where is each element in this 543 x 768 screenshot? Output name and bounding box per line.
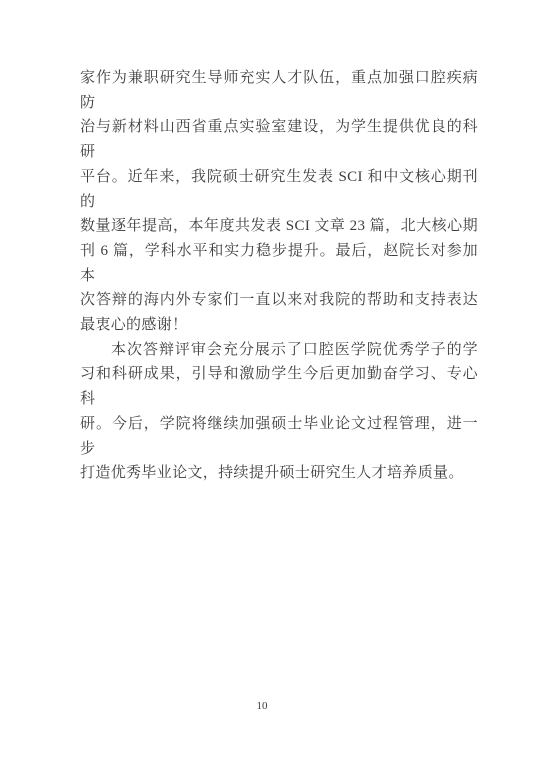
- text-line: 刊 6 篇，学科水平和实力稳步提升。最后，赵院长对参加本: [80, 239, 478, 288]
- text-line: 家作为兼职研究生导师充实人才队伍，重点加强口腔疾病防: [80, 66, 478, 115]
- page-number: 10: [0, 700, 524, 712]
- text-line: 平台。近年来，我院硕士研究生发表 SCI 和中文核心期刊的: [80, 165, 478, 214]
- text-line: 习和科研成果，引导和激励学生今后更加勤奋学习、专心科: [80, 362, 478, 411]
- text-line: 本次答辩评审会充分展示了口腔医学院优秀学子的学: [80, 338, 478, 363]
- text-line: 打造优秀毕业论文，持续提升硕士研究生人才培养质量。: [80, 461, 478, 486]
- text-line: 研。今后，学院将继续加强硕士毕业论文过程管理，进一步: [80, 412, 478, 461]
- text-line: 次答辩的海内外专家们一直以来对我院的帮助和支持表达: [80, 288, 478, 313]
- text-line: 数量逐年提高，本年度共发表 SCI 文章 23 篇，北大核心期: [80, 214, 478, 239]
- text-line: 最衷心的感谢！: [80, 313, 478, 338]
- document-page: 家作为兼职研究生导师充实人才队伍，重点加强口腔疾病防 治与新材料山西省重点实验室…: [0, 0, 543, 768]
- text-line: 治与新材料山西省重点实验室建设，为学生提供优良的科研: [80, 115, 478, 164]
- body-text: 家作为兼职研究生导师充实人才队伍，重点加强口腔疾病防 治与新材料山西省重点实验室…: [80, 66, 478, 486]
